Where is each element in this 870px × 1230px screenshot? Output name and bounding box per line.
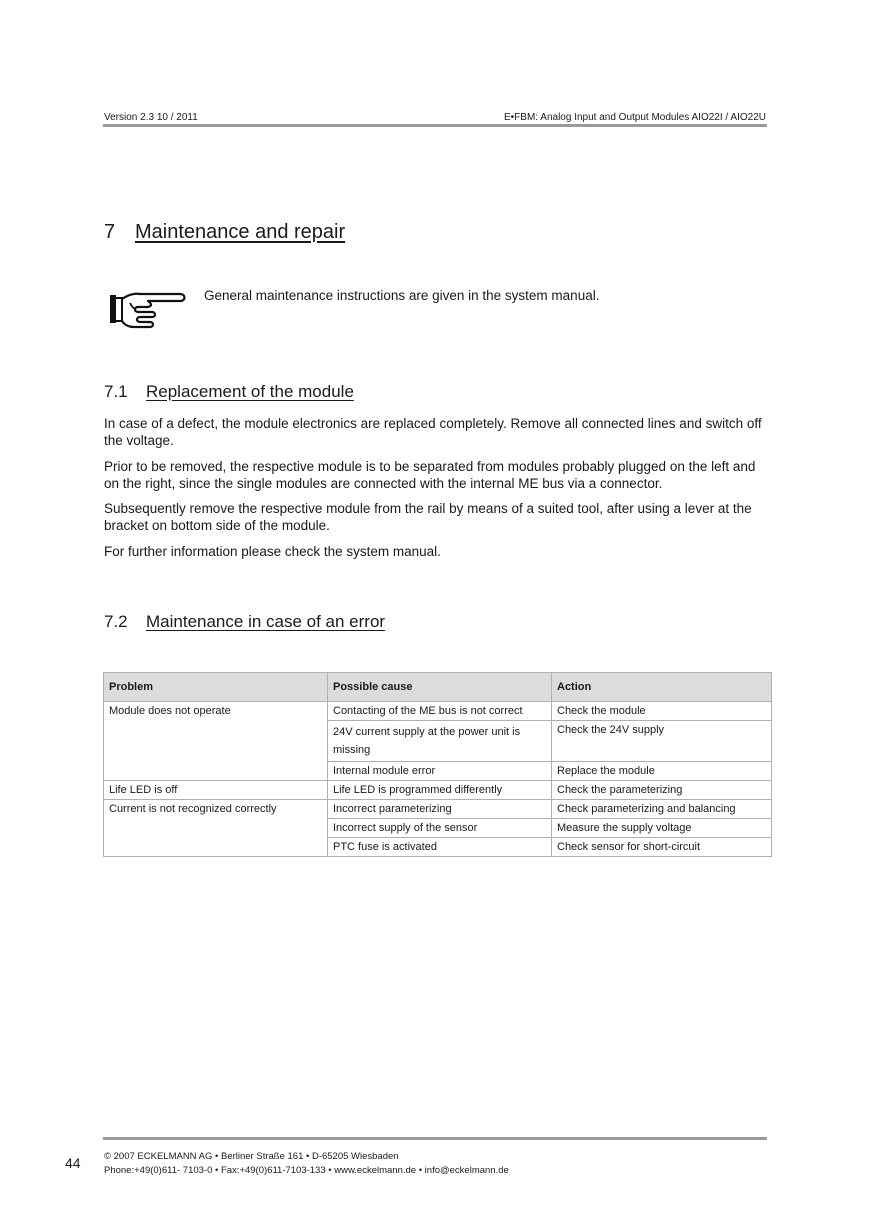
section-title: Maintenance and repair xyxy=(135,221,345,243)
action-cell: Check sensor for short-circuit xyxy=(552,838,772,857)
footer-rule xyxy=(103,1137,767,1140)
action-cell: Replace the module xyxy=(552,762,772,781)
column-header-problem: Problem xyxy=(104,673,328,702)
page-number: 44 xyxy=(65,1155,81,1171)
footer-address: © 2007 ECKELMANN AG • Berliner Straße 16… xyxy=(104,1151,399,1162)
action-cell: Measure the supply voltage xyxy=(552,819,772,838)
section-number: 7 xyxy=(104,221,135,244)
section-number: 7.1 xyxy=(104,382,146,402)
cause-cell: Life LED is programmed differently xyxy=(328,781,552,800)
action-cell: Check the 24V supply xyxy=(552,721,772,762)
paragraph: For further information please check the… xyxy=(104,543,774,560)
header-document-title: E•FBM: Analog Input and Output Modules A… xyxy=(504,112,766,123)
cause-cell: Incorrect parameterizing xyxy=(328,800,552,819)
section-title: Maintenance in case of an error xyxy=(146,612,385,631)
problem-cell: Life LED is off xyxy=(104,781,328,800)
cause-cell: Internal module error xyxy=(328,762,552,781)
table-row: Life LED is off Life LED is programmed d… xyxy=(104,781,772,800)
cause-cell: 24V current supply at the power unit is … xyxy=(328,721,552,762)
paragraph: Subsequently remove the respective modul… xyxy=(104,500,774,534)
pointing-hand-icon xyxy=(108,289,188,329)
paragraph: Prior to be removed, the respective modu… xyxy=(104,458,774,492)
section-7-2-heading: 7.2Maintenance in case of an error xyxy=(104,612,385,632)
action-cell: Check the module xyxy=(552,702,772,721)
section-number: 7.2 xyxy=(104,612,146,632)
column-header-action: Action xyxy=(552,673,772,702)
maintenance-note: General maintenance instructions are giv… xyxy=(204,288,599,303)
paragraph: In case of a defect, the module electron… xyxy=(104,415,774,449)
table-row: Current is not recognized correctly Inco… xyxy=(104,800,772,819)
table-header-row: Problem Possible cause Action xyxy=(104,673,772,702)
cause-cell: Incorrect supply of the sensor xyxy=(328,819,552,838)
error-table: Problem Possible cause Action Module doe… xyxy=(103,672,772,857)
cause-cell: Contacting of the ME bus is not correct xyxy=(328,702,552,721)
footer-contact: Phone:+49(0)611- 7103-0 • Fax:+49(0)611-… xyxy=(104,1165,509,1176)
action-cell: Check parameterizing and balancing xyxy=(552,800,772,819)
table-row: Module does not operate Contacting of th… xyxy=(104,702,772,721)
problem-cell: Current is not recognized correctly xyxy=(104,800,328,857)
section-7-1-heading: 7.1Replacement of the module xyxy=(104,382,354,402)
header-rule xyxy=(103,124,767,127)
section-title: Replacement of the module xyxy=(146,382,354,401)
cause-cell: PTC fuse is activated xyxy=(328,838,552,857)
problem-cell: Module does not operate xyxy=(104,702,328,781)
column-header-cause: Possible cause xyxy=(328,673,552,702)
section-7-heading: 7Maintenance and repair xyxy=(104,221,345,244)
header-version: Version 2.3 10 / 2011 xyxy=(104,112,198,123)
action-cell: Check the parameterizing xyxy=(552,781,772,800)
